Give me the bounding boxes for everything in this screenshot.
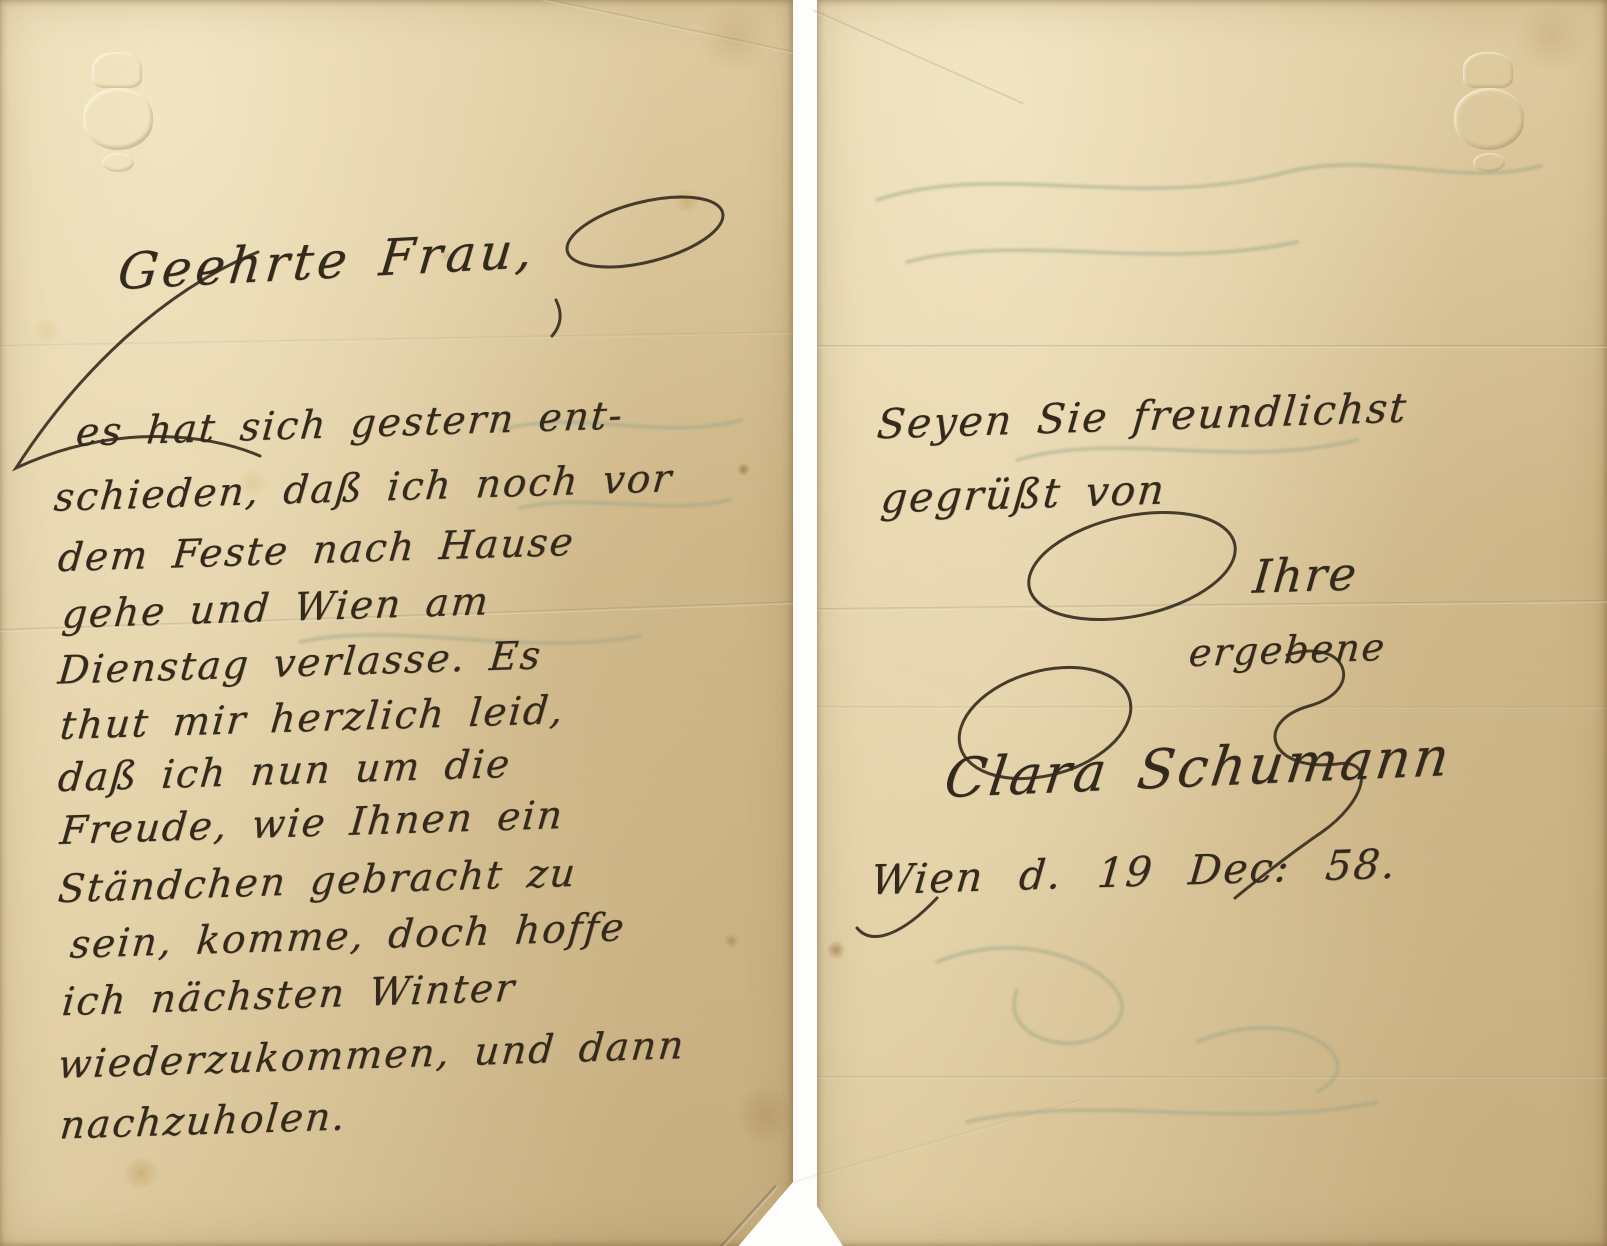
embossed-crest-icon (78, 52, 158, 172)
letter-page-2: Seyen Sie freundlichst gegrüßt von Ihre … (817, 0, 1607, 1246)
handwriting-line: Freude, wie Ihnen ein (58, 793, 566, 854)
embossed-crest-icon (1449, 52, 1529, 172)
fold-crease (817, 1076, 1607, 1079)
ink-showthrough (817, 0, 1607, 1246)
handwriting-line: nachzuholen. (58, 1094, 349, 1148)
fold-crease (817, 706, 1607, 709)
handwriting-line: gehe und Wien am (60, 579, 492, 638)
folded-corner (817, 1206, 843, 1246)
dateline: Wien d. 19 Dec: 58. (869, 840, 1399, 905)
fold-crease (812, 9, 1023, 105)
handwriting-line: schieden, daß ich noch vor (52, 456, 675, 521)
paper-stain (740, 1080, 790, 1150)
pen-flourishes (817, 0, 1607, 1246)
page-gap (793, 0, 817, 1246)
handwriting-line: dem Feste nach Hause (56, 520, 577, 581)
fold-crease (543, 0, 827, 61)
closing-pronoun: Ihre (1251, 546, 1361, 603)
ink-spot (724, 934, 739, 948)
paper-stain (120, 1158, 162, 1188)
letter-scan: Geehrte Frau, es hat sich gestern ent- s… (0, 0, 1607, 1246)
handwriting-line: thut mir herzlich leid, (58, 688, 566, 749)
handwriting-line: daß ich nun um die (56, 742, 513, 801)
signature: Clara Schumann (941, 725, 1456, 811)
paper-stain (672, 190, 702, 212)
closing-line: gegrüßt von (879, 465, 1168, 522)
paper-stain (690, 8, 780, 68)
paper-stain (827, 940, 845, 960)
handwriting-line: ich nächsten Winter (60, 966, 518, 1025)
crest-knob (1473, 153, 1505, 172)
handwriting-line: es hat sich gestern ent- (74, 393, 626, 455)
paper-stain (30, 318, 64, 344)
handwriting-line: Dienstag verlasse. Es (56, 633, 544, 693)
fold-crease (792, 1099, 1081, 1185)
handwriting-line: Ständchen gebracht zu (56, 851, 579, 912)
letter-page-1: Geehrte Frau, es hat sich gestern ent- s… (0, 0, 793, 1246)
handwriting-line: wiederzukommen, und dann (56, 1023, 687, 1088)
salutation: Geehrte Frau, (115, 221, 539, 301)
closing-line: Seyen Sie freundlichst (875, 384, 1410, 449)
folded-corner (735, 1182, 793, 1246)
fold-crease (0, 331, 793, 348)
handwriting-line: sein, komme, doch hoffe (68, 905, 628, 968)
crest-knob (102, 153, 134, 172)
valediction: ergebene (1187, 625, 1388, 675)
fold-crease (817, 345, 1607, 348)
fold-crease (817, 600, 1607, 611)
ink-spot (737, 463, 750, 476)
